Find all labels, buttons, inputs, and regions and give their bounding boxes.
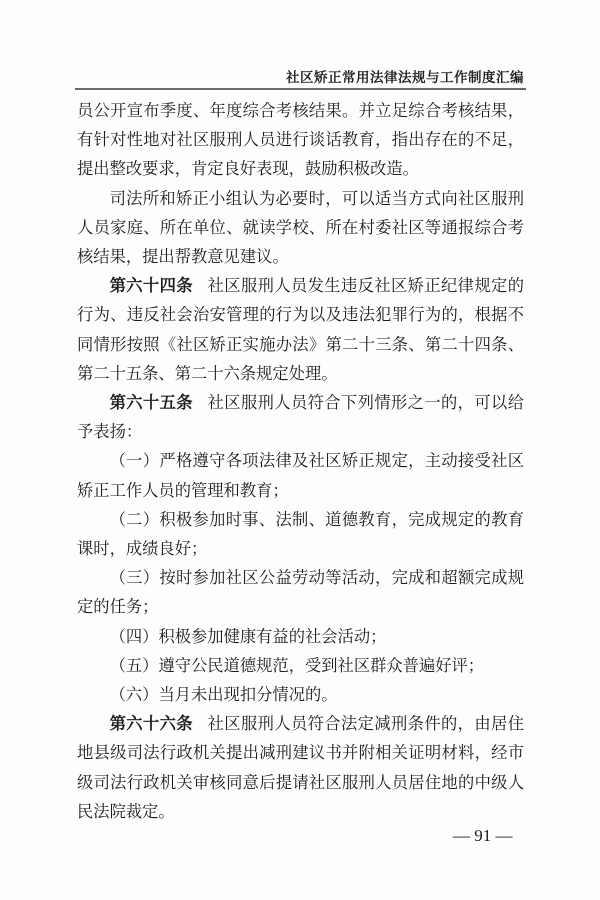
book-page: 社区矫正常用法律法规与工作制度汇编 员公开宣布季度、年度综合考核结果。并立足综合… bbox=[0, 0, 600, 900]
article-65: 第六十五条社区服刑人员符合下列情形之一的，可以给予表扬： bbox=[77, 388, 524, 446]
list-item-4: （四）积极参加健康有益的社会活动； bbox=[77, 622, 524, 651]
article-64: 第六十四条社区服刑人员发生违反社区矫正纪律规定的行为、违反社会治安管理的行为以及… bbox=[77, 271, 524, 388]
paragraph-text: 员公开宣布季度、年度综合考核结果。并立足综合考核结果，有针对性地对社区服刑人员进… bbox=[77, 101, 524, 178]
article-number: 第六十四条 bbox=[110, 276, 193, 295]
list-item-text: （三）按时参加社区公益劳动等活动，完成和超额完成规定的任务； bbox=[77, 568, 524, 616]
article-66: 第六十六条社区服刑人员符合法定减刑条件的，由居住地县级司法行政机关提出减刑建议书… bbox=[77, 709, 524, 826]
paragraph-text: 司法所和矫正小组认为必要时，可以适当方式向社区服刑人员家庭、所在单位、就读学校、… bbox=[77, 189, 524, 266]
list-item-6: （六）当月未出现扣分情况的。 bbox=[77, 680, 524, 709]
article-number: 第六十五条 bbox=[110, 393, 193, 412]
list-item-text: （五）遵守公民道德规范，受到社区群众普遍好评； bbox=[110, 656, 484, 675]
list-item-2: （二）积极参加时事、法制、道德教育，完成规定的教育课时，成绩良好； bbox=[77, 505, 524, 563]
list-item-5: （五）遵守公民道德规范，受到社区群众普遍好评； bbox=[77, 651, 524, 680]
list-item-text: （一）严格遵守各项法律及社区矫正规定，主动接受社区矫正工作人员的管理和教育； bbox=[77, 451, 524, 499]
list-item-text: （四）积极参加健康有益的社会活动； bbox=[110, 627, 387, 646]
paragraph-continuation: 员公开宣布季度、年度综合考核结果。并立足综合考核结果，有针对性地对社区服刑人员进… bbox=[77, 96, 524, 184]
list-item-3: （三）按时参加社区公益劳动等活动，完成和超额完成规定的任务； bbox=[77, 563, 524, 621]
page-number: — 91 — bbox=[453, 826, 513, 846]
list-item-1: （一）严格遵守各项法律及社区矫正规定，主动接受社区矫正工作人员的管理和教育； bbox=[77, 446, 524, 504]
list-item-text: （二）积极参加时事、法制、道德教育，完成规定的教育课时，成绩良好； bbox=[77, 510, 524, 558]
body-text: 员公开宣布季度、年度综合考核结果。并立足综合考核结果，有针对性地对社区服刑人员进… bbox=[77, 96, 524, 826]
paragraph-notification: 司法所和矫正小组认为必要时，可以适当方式向社区服刑人员家庭、所在单位、就读学校、… bbox=[77, 184, 524, 272]
article-number: 第六十六条 bbox=[110, 714, 193, 733]
running-header-title: 社区矫正常用法律法规与工作制度汇编 bbox=[286, 66, 524, 86]
header-rule-divider bbox=[75, 88, 526, 90]
list-item-text: （六）当月未出现扣分情况的。 bbox=[110, 685, 338, 704]
